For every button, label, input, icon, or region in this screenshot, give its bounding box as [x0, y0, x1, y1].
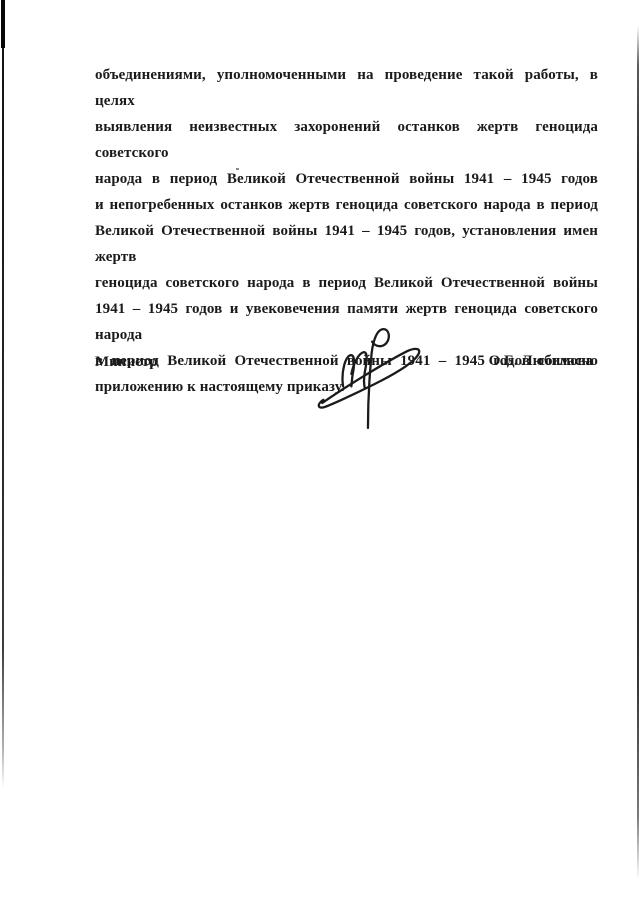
paragraph-line: объединениями, уполномоченными на провед…: [95, 62, 598, 114]
scanned-document-page: объединениями, уполномоченными на провед…: [0, 0, 640, 905]
paragraph-line: народа в период Великой Отечественной во…: [95, 166, 598, 192]
signer-role-label: Министр: [95, 351, 158, 373]
scan-artifact-left-edge-top: [1, 0, 5, 48]
paragraph-line: и непогребенных останков жертв геноцида …: [95, 192, 598, 218]
scan-artifact-right-edge: [637, 26, 639, 880]
scan-artifact-left-edge: [2, 48, 4, 788]
paragraph-line: выявления неизвестных захоронений останк…: [95, 114, 598, 166]
signer-name-label: О.Б. Любимова: [489, 350, 593, 372]
paragraph-line: Великой Отечественной войны 1941 – 1945 …: [95, 218, 598, 270]
paragraph-line: геноцида советского народа в период Вели…: [95, 270, 598, 296]
handwritten-signature-icon: [314, 324, 424, 430]
